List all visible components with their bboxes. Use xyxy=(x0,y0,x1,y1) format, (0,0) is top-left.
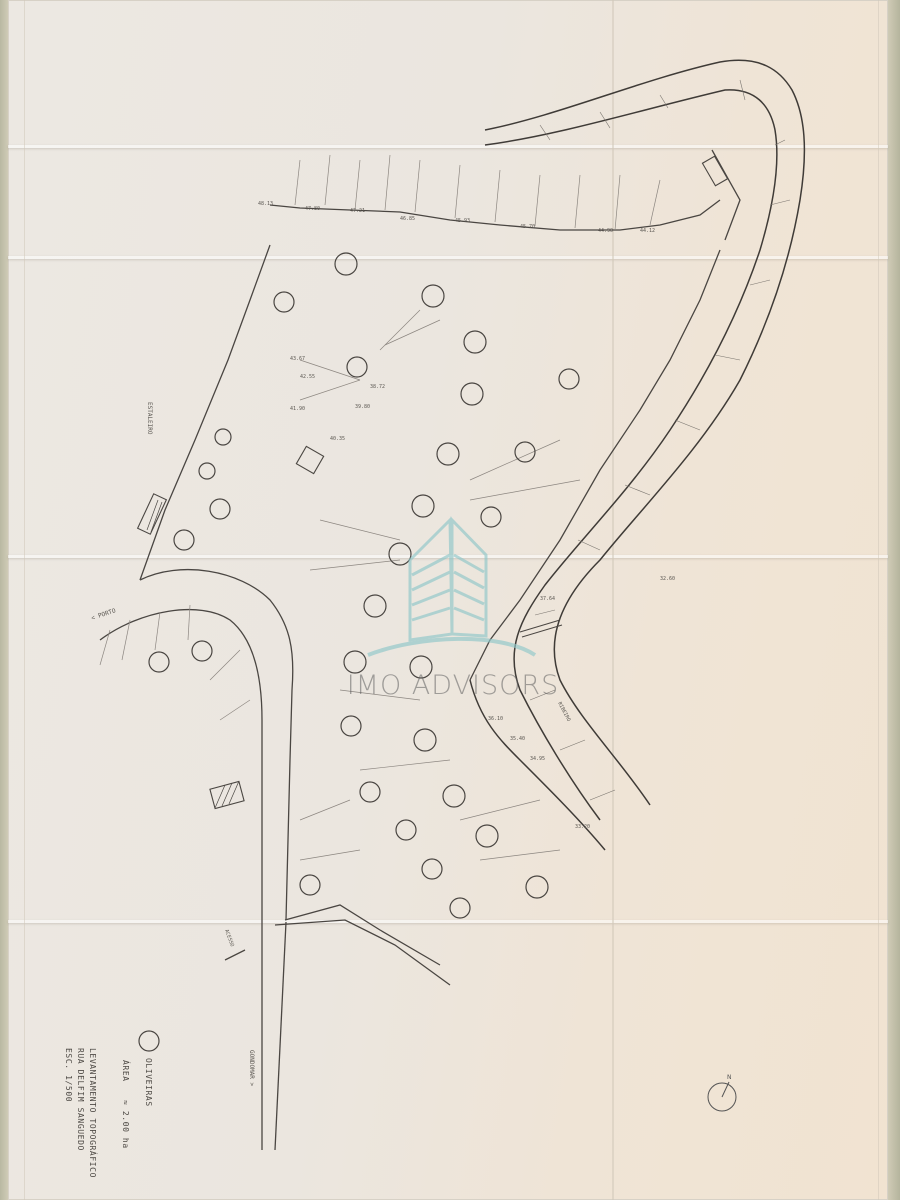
svg-text:37.64: 37.64 xyxy=(540,596,555,602)
svg-text:47.21: 47.21 xyxy=(350,208,365,214)
legend-title: LEVANTAMENTO TOPOGRÁFICO xyxy=(88,1048,99,1178)
legend-symbol-label: OLIVEIRAS xyxy=(144,1058,153,1107)
label-access: ACESSO xyxy=(223,929,235,948)
label-river: RIBEIRO xyxy=(556,701,571,722)
olive-tree-symbols xyxy=(149,253,579,918)
label-estaleiro: ESTALEIRO xyxy=(146,402,153,435)
svg-text:36.10: 36.10 xyxy=(488,716,503,722)
north-arrow-icon: N xyxy=(708,1074,736,1111)
svg-text:47.80: 47.80 xyxy=(305,206,320,212)
svg-text:46.85: 46.85 xyxy=(400,216,415,222)
legend: OLIVEIRAS ÁREA ≈ 2.00 ha LEVANTAMENTO TO… xyxy=(64,1031,159,1178)
svg-text:34.95: 34.95 xyxy=(530,756,545,762)
svg-text:32.60: 32.60 xyxy=(660,576,675,582)
svg-text:43.67: 43.67 xyxy=(290,356,305,362)
river-banks xyxy=(470,60,804,850)
legend-area-value: ≈ 2.00 ha xyxy=(121,1100,130,1149)
svg-text:41.90: 41.90 xyxy=(290,406,305,412)
legend-area-label: ÁREA xyxy=(121,1060,132,1082)
svg-text:39.80: 39.80 xyxy=(355,404,370,410)
svg-text:38.72: 38.72 xyxy=(370,384,385,390)
svg-text:45.93: 45.93 xyxy=(455,218,470,224)
watermark-building-icon xyxy=(368,520,535,655)
svg-text:33.20: 33.20 xyxy=(575,824,590,830)
spot-height-labels: 48.1347.80 47.2146.85 45.9345.70 44.9044… xyxy=(258,201,675,830)
svg-text:N: N xyxy=(727,1074,732,1081)
legend-olive-icon xyxy=(139,1031,159,1051)
legend-location: RUA DELFIM SANGUEDO xyxy=(76,1048,85,1151)
svg-text:35.40: 35.40 xyxy=(510,736,525,742)
svg-text:44.90: 44.90 xyxy=(598,228,613,234)
svg-text:45.70: 45.70 xyxy=(520,224,535,230)
svg-text:40.35: 40.35 xyxy=(330,436,345,442)
property-boundary xyxy=(100,150,740,1150)
survey-drawing: 48.1347.80 47.2146.85 45.9345.70 44.9044… xyxy=(0,0,900,1200)
svg-text:48.13: 48.13 xyxy=(258,201,273,207)
watermark-brand-text: IMO ADVISORS xyxy=(338,670,568,701)
structures xyxy=(138,156,728,808)
legend-scale: ESC. 1/500 xyxy=(64,1048,73,1102)
svg-text:42.55: 42.55 xyxy=(300,374,315,380)
river-hatching xyxy=(530,80,790,800)
label-road-gondomar: GONDOMAR > xyxy=(248,1050,255,1087)
slope-hatching xyxy=(100,155,660,860)
svg-text:44.12: 44.12 xyxy=(640,228,655,234)
label-road-porto: < PORTO xyxy=(90,607,117,622)
